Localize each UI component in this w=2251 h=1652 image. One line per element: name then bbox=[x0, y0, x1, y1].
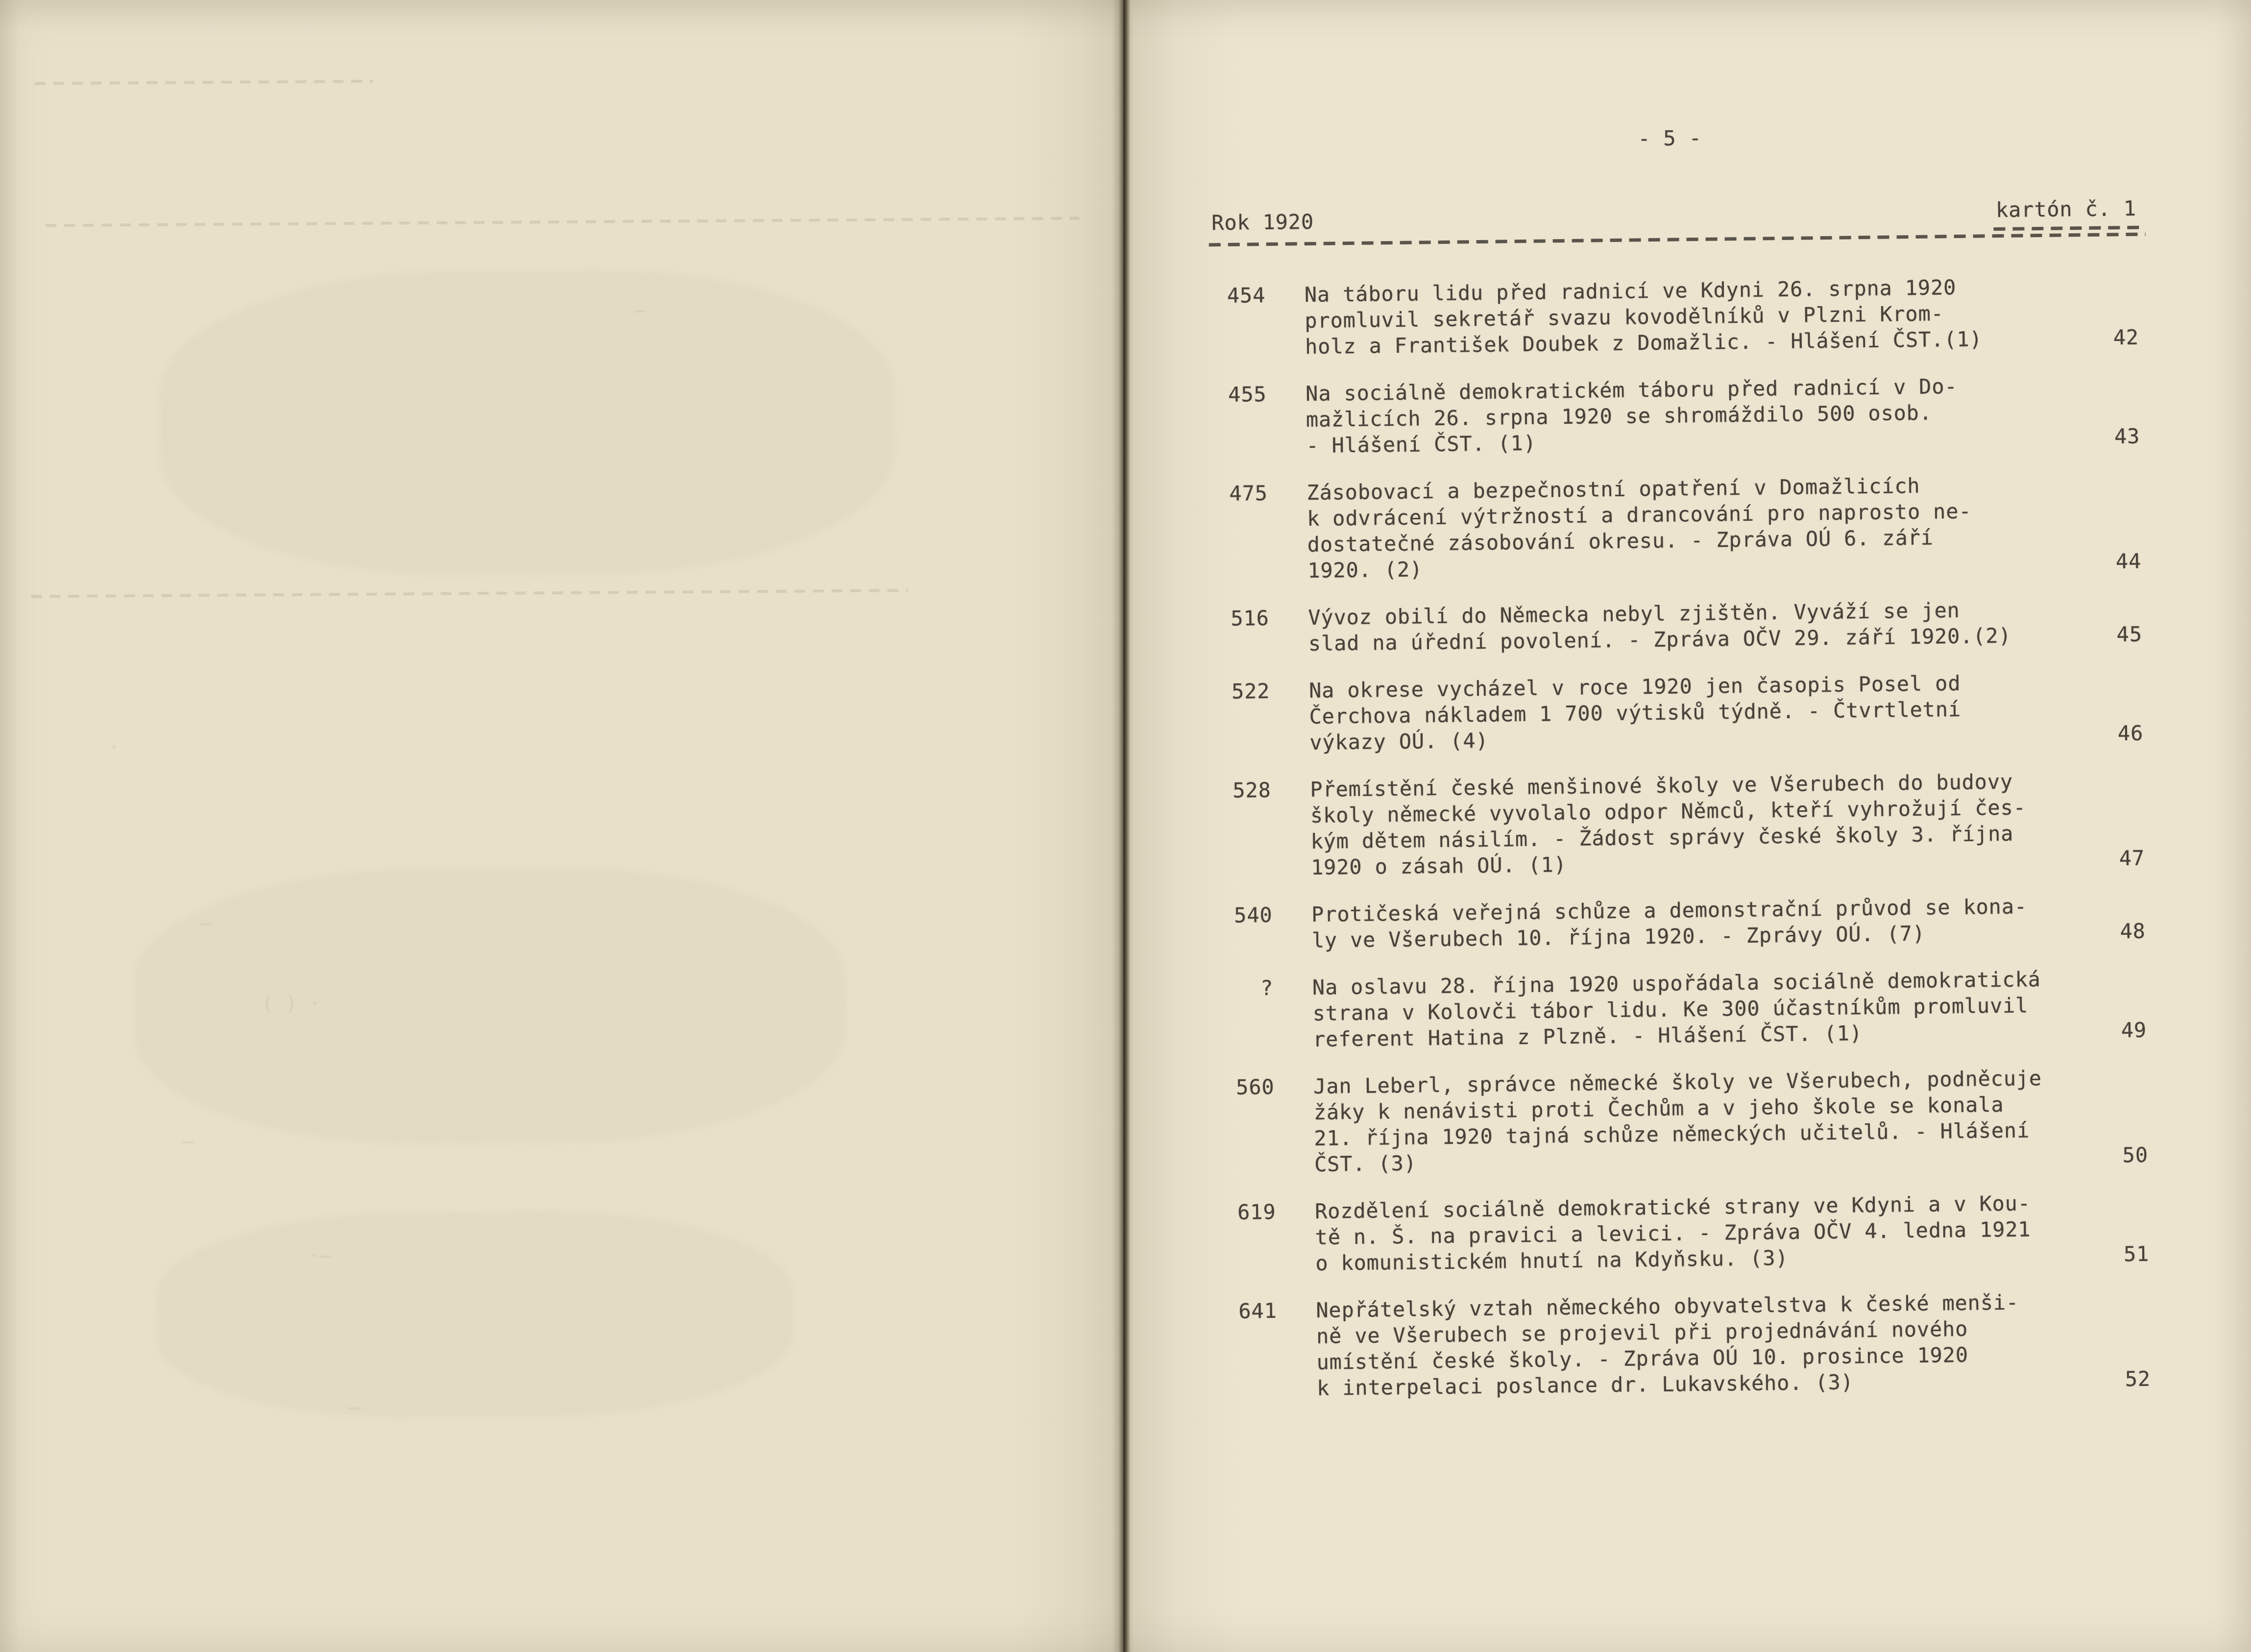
inventory-entry-row: 455 Na sociálně demokratickém táboru pře… bbox=[1228, 371, 2140, 460]
entry-page-ref: 52 bbox=[2125, 1366, 2151, 1392]
entry-page-ref: 45 bbox=[2116, 621, 2142, 648]
page-header-row: Rok 1920 kartón č. 1 bbox=[1135, 198, 2251, 211]
inventory-entry-row: 619 Rozdělení sociálně demokratické stra… bbox=[1237, 1189, 2150, 1277]
inventory-entries-list: 454 Na táboru lidu před radnicí ve Kdyni… bbox=[1227, 272, 2151, 1423]
sheet-number-header: - 5 - bbox=[1638, 125, 1702, 151]
bleed-dashed-line bbox=[46, 217, 1079, 227]
entry-page-ref: 42 bbox=[2113, 324, 2139, 351]
entry-description: Na oslavu 28. října 1920 uspořádala soci… bbox=[1312, 966, 2063, 1052]
carton-label: kartón č. 1 bbox=[1996, 195, 2137, 223]
ghost-text-smudge bbox=[159, 268, 896, 577]
entry-number: 516 bbox=[1231, 605, 1308, 632]
year-label: Rok 1920 bbox=[1211, 209, 1314, 236]
entry-description: Nepřátelský vztah německého obyvatelstva… bbox=[1316, 1289, 2066, 1401]
entry-page-ref: 49 bbox=[2121, 1017, 2147, 1044]
entry-number: 528 bbox=[1233, 777, 1310, 803]
entry-number: 454 bbox=[1227, 282, 1305, 309]
stain-mark: · bbox=[108, 736, 120, 759]
inventory-entry-row: ? Na oslavu 28. října 1920 uspořádala so… bbox=[1235, 965, 2147, 1053]
entry-number: 522 bbox=[1232, 678, 1309, 705]
entry-number: 619 bbox=[1237, 1198, 1315, 1225]
entry-page-ref: 51 bbox=[2124, 1241, 2150, 1267]
entry-description: Rozdělení sociálně demokratické strany v… bbox=[1315, 1190, 2065, 1276]
inventory-entry-row: 454 Na táboru lidu před radnicí ve Kdyni… bbox=[1227, 272, 2139, 361]
entry-description: Přemístění české menšinové školy ve Všer… bbox=[1310, 768, 2060, 880]
entry-number: 455 bbox=[1228, 381, 1306, 408]
document-scan: · – ( ) · – ·– – – - 5 - Rok 1920 kartón… bbox=[0, 0, 2251, 1652]
entry-number: 641 bbox=[1238, 1297, 1316, 1324]
entry-number: 475 bbox=[1229, 480, 1307, 507]
inventory-entry-row: 475 Zásobovací a bezpečnostní opatření v… bbox=[1229, 470, 2141, 584]
ghost-text-smudge bbox=[155, 1210, 794, 1420]
typewritten-content: - 5 - Rok 1920 kartón č. 1 454 Na táboru… bbox=[1133, 0, 2251, 1652]
entry-description: Vývoz obilí do Německa nebyl zjištěn. Vy… bbox=[1308, 596, 2058, 656]
inventory-entry-row: 560 Jan Leberl, správce německé školy ve… bbox=[1236, 1064, 2148, 1178]
entry-page-ref: 43 bbox=[2114, 423, 2140, 450]
entry-description: Jan Leberl, správce německé školy ve Vše… bbox=[1313, 1065, 2064, 1177]
entry-description: Na sociálně demokratickém táboru před ra… bbox=[1306, 372, 2056, 459]
inventory-entry-row: 528 Přemístění české menšinové školy ve … bbox=[1233, 767, 2145, 881]
bleed-dashed-line bbox=[31, 589, 908, 598]
entry-number: ? bbox=[1235, 974, 1313, 1001]
entry-page-ref: 48 bbox=[2120, 918, 2146, 945]
entry-number: 560 bbox=[1236, 1073, 1314, 1100]
ghost-text-smudge bbox=[133, 866, 846, 1145]
entry-page-ref: 50 bbox=[2122, 1142, 2148, 1168]
entry-page-ref: 44 bbox=[2116, 548, 2142, 575]
header-dashed-rule bbox=[1209, 233, 2146, 247]
stain-mark: – bbox=[182, 1130, 194, 1153]
book-spine-fold bbox=[1112, 0, 1136, 1652]
bleed-through-layer: · – ( ) · – ·– – – bbox=[0, 0, 1134, 1652]
inventory-entry-row: 522 Na okrese vycházel v roce 1920 jen č… bbox=[1232, 668, 2144, 756]
entry-description: Zásobovací a bezpečnostní opatření v Dom… bbox=[1307, 471, 2057, 583]
entry-description: Protičeská veřejná schůze a demonstrační… bbox=[1311, 893, 2061, 953]
entry-number: 540 bbox=[1234, 901, 1312, 928]
carton-underline-dashes bbox=[1993, 226, 2140, 231]
inventory-entry-row: 641 Nepřátelský vztah německého obyvatel… bbox=[1238, 1288, 2151, 1402]
right-text-page: - 5 - Rok 1920 kartón č. 1 454 Na táboru… bbox=[1133, 0, 2251, 1652]
entry-page-ref: 47 bbox=[2119, 845, 2145, 872]
inventory-entry-row: 540 Protičeská veřejná schůze a demonstr… bbox=[1234, 892, 2146, 954]
entry-description: Na táboru lidu před radnicí ve Kdyni 26.… bbox=[1305, 273, 2055, 360]
bleed-dashed-line bbox=[35, 80, 373, 85]
entry-description: Na okrese vycházel v roce 1920 jen časop… bbox=[1309, 669, 2059, 755]
entry-page-ref: 46 bbox=[2118, 720, 2144, 747]
inventory-entry-row: 516 Vývoz obilí do Německa nebyl zjištěn… bbox=[1231, 595, 2142, 657]
left-blank-page: · – ( ) · – ·– – – bbox=[0, 0, 1123, 1652]
